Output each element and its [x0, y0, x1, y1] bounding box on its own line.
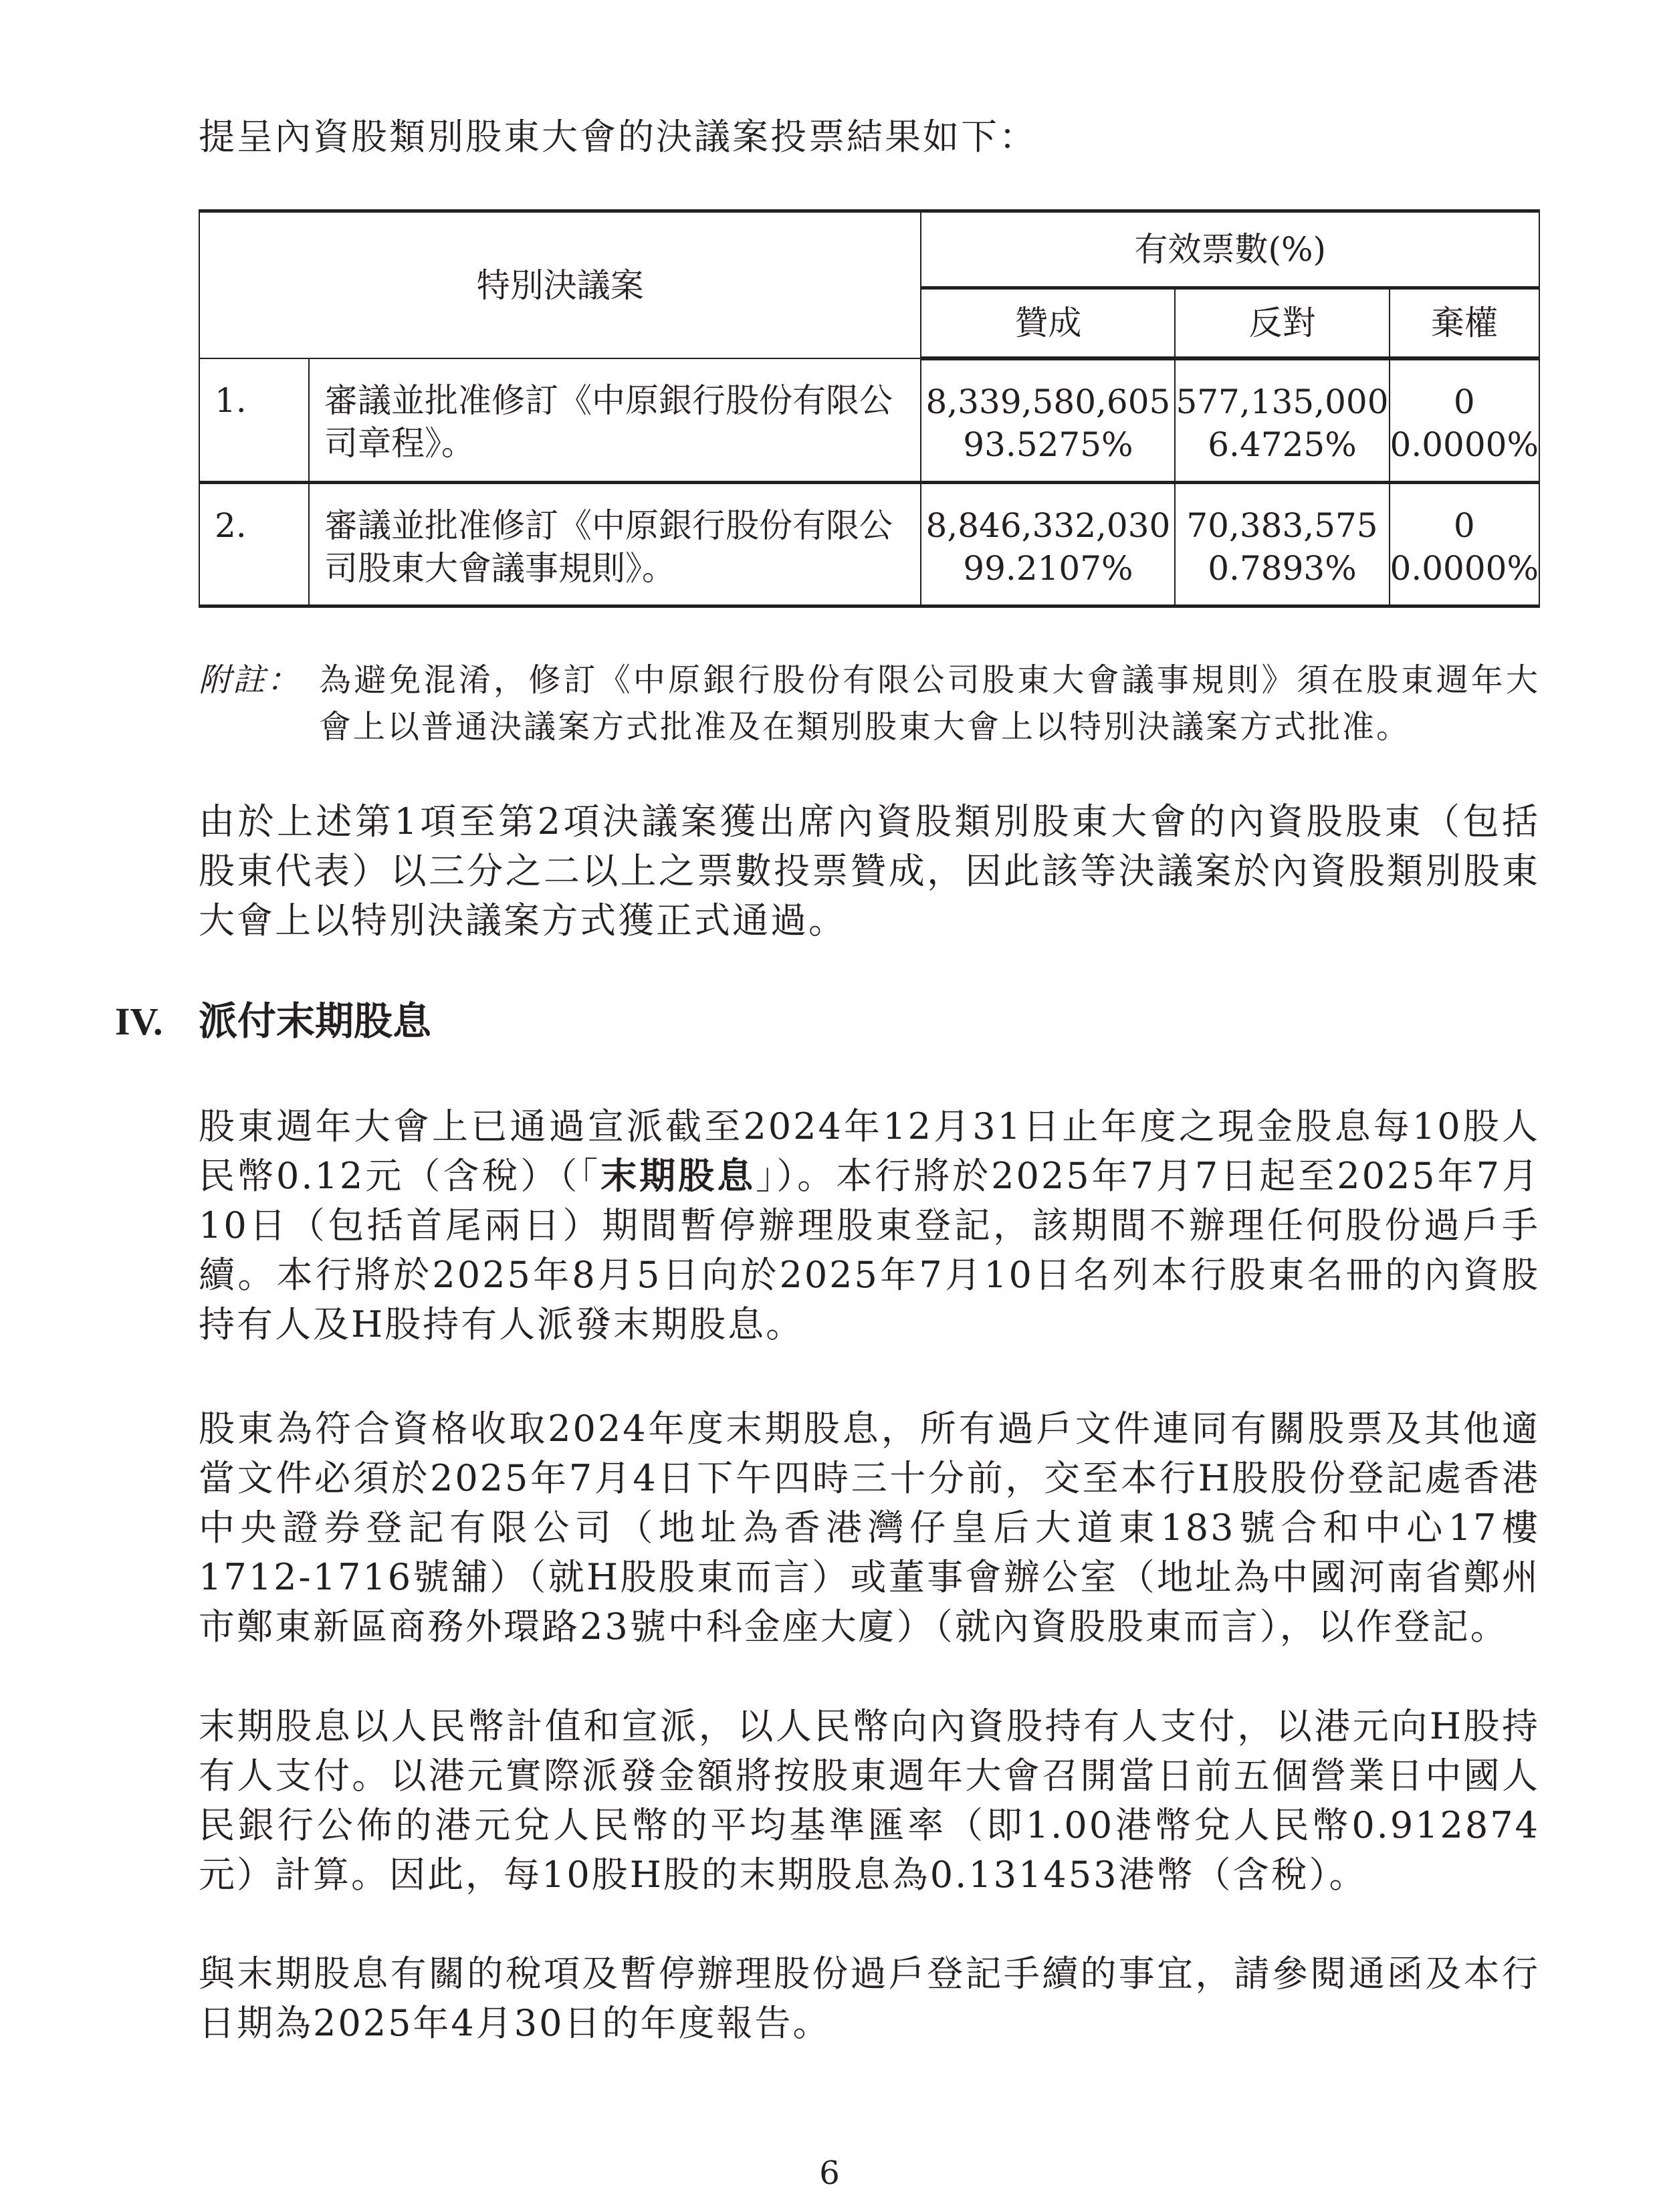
footnote-label: 附註：	[199, 657, 319, 703]
section-heading: IV.派付末期股息	[115, 998, 431, 1045]
against-cell: 70,383,575 0.7893%	[1175, 483, 1389, 606]
intro-text: 提呈內資股類別股東大會的決議案投票結果如下：	[199, 112, 1540, 162]
section-title: 派付末期股息	[199, 998, 431, 1044]
abstain-percent: 0.0000%	[1390, 423, 1539, 466]
abstain-votes: 0	[1390, 504, 1539, 547]
abstain-percent: 0.0000%	[1390, 547, 1539, 590]
against-cell: 577,135,000 6.4725%	[1175, 358, 1389, 483]
reference-paragraph: 與末期股息有關的稅項及暫停辦理股份過戶登記手續的事宜，請參閱通函及本行日期為20…	[199, 1949, 1540, 2048]
for-percent: 99.2107%	[921, 547, 1174, 590]
against-votes: 70,383,575	[1176, 504, 1388, 547]
for-percent: 93.5275%	[921, 423, 1174, 466]
page-number: 6	[0, 2153, 1659, 2193]
header-special-resolution: 特別決議案	[199, 211, 921, 359]
resolution-description: 審議並批准修訂《中原銀行股份有限公司股東大會議事規則》。	[309, 483, 921, 606]
against-percent: 6.4725%	[1176, 423, 1388, 466]
table-row: 1. 審議並批准修訂《中原銀行股份有限公司章程》。 8,339,580,605 …	[199, 358, 1539, 483]
voting-results-table: 特別決議案 有效票數(%) 贊成 反對 棄權 1. 審議並批准修訂《中原銀行股份…	[199, 209, 1540, 608]
for-cell: 8,846,332,030 99.2107%	[921, 483, 1175, 606]
header-abstain: 棄權	[1390, 288, 1539, 359]
abstain-votes: 0	[1390, 380, 1539, 423]
transfer-documents-paragraph: 股東為符合資格收取2024年度末期股息，所有過戶文件連同有關股票及其他適當文件必…	[199, 1404, 1540, 1652]
section-number: IV.	[115, 998, 199, 1045]
final-dividend-paragraph: 股東週年大會上已通過宣派截至2024年12月31日止年度之現金股息每10股人民幣…	[199, 1102, 1540, 1349]
for-cell: 8,339,580,605 93.5275%	[921, 358, 1175, 483]
footnote-text: 為避免混淆，修訂《中原銀行股份有限公司股東大會議事規則》須在股東週年大會上以普通…	[319, 657, 1540, 750]
abstain-cell: 0 0.0000%	[1390, 358, 1539, 483]
table-header-row: 特別決議案 有效票數(%)	[199, 211, 1539, 288]
resolution-description: 審議並批准修訂《中原銀行股份有限公司章程》。	[309, 358, 921, 483]
abstain-cell: 0 0.0000%	[1390, 483, 1539, 606]
resolution-passed-paragraph: 由於上述第1項至第2項決議案獲出席內資股類別股東大會的內資股股東（包括股東代表）…	[199, 797, 1540, 946]
resolution-number: 1.	[199, 358, 309, 483]
table-row: 2. 審議並批准修訂《中原銀行股份有限公司股東大會議事規則》。 8,846,33…	[199, 483, 1539, 606]
against-votes: 577,135,000	[1176, 380, 1388, 423]
against-percent: 0.7893%	[1176, 547, 1388, 590]
header-against: 反對	[1175, 288, 1389, 359]
currency-paragraph: 末期股息以人民幣計值和宣派，以人民幣向內資股持有人支付，以港元向H股持有人支付。…	[199, 1702, 1540, 1900]
for-votes: 8,846,332,030	[921, 504, 1174, 547]
resolution-number: 2.	[199, 483, 309, 606]
header-for: 贊成	[921, 288, 1175, 359]
for-votes: 8,339,580,605	[921, 380, 1174, 423]
document-page: 提呈內資股類別股東大會的決議案投票結果如下： 特別決議案 有效票數(%) 贊成 …	[0, 0, 1659, 2212]
defined-term: 末期股息	[600, 1155, 756, 1197]
header-valid-votes: 有效票數(%)	[921, 211, 1539, 288]
table-footnote: 附註： 為避免混淆，修訂《中原銀行股份有限公司股東大會議事規則》須在股東週年大會…	[199, 657, 1540, 703]
